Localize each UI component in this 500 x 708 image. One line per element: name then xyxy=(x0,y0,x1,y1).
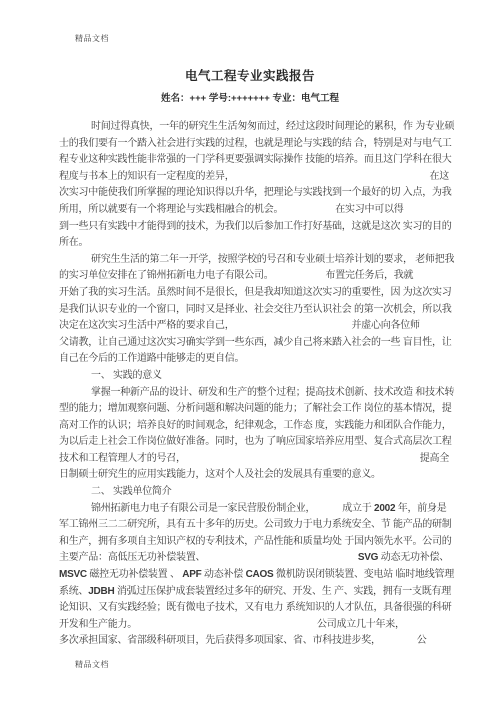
body-line: 到一些只有实践中才能得到的技术，为我们以后参加工作打好基础，这就是这次 实习的目… xyxy=(59,219,449,236)
bold-term: 2002 xyxy=(374,501,395,518)
text-segment: 一、 实践的意义 xyxy=(91,368,162,385)
text-segment: 日制硕士研究生的应用实践能力，这对个人及社会的发展具有重要的意义。 xyxy=(59,467,381,484)
body-line: 型的能力；增加观察问题、分析问题和解决问题的能力；了解社会工作 岗位的基本情况，… xyxy=(59,401,449,418)
text-segment: 论知识、又有实践经验；既有微电子技术，又有电力 系统知识的人才队伍，具备很强的科… xyxy=(59,600,452,617)
text-segment: 自己在今后的工作道路中能够走的更自信。 xyxy=(59,351,244,368)
text-segment: 父请教，让自己通过这次实习确实学到一些东西，减少自己将来踏入社会的一些 盲目性，… xyxy=(59,335,452,352)
body-line: 技术和工程管理人才的号召，提高全 xyxy=(59,451,449,468)
body-line: 多次承担国家、省部级科研项目，先后获得多项国家、省、市科技进步奖，公 xyxy=(59,633,449,650)
body-line: 系统、JDBH 消弧过压保护成套装置经过多年的研究、开发、生 产、实践，拥有一支… xyxy=(59,584,449,601)
text-segment: 型的能力；增加观察问题、分析问题和解决问题的能力；了解社会工作 岗位的基本情况，… xyxy=(59,401,452,418)
text-segment: 并虚心向各位师 xyxy=(352,318,420,335)
body-line: 高对工作的认识；培养良好的时间观念，纪律观念，工作态 度，实践能力和团队合作能力… xyxy=(59,418,449,435)
header-watermark: 精品文档 xyxy=(75,33,109,44)
text-segment: 程专业这种实践性能非常强的一门学科更要强调实际操作 技能的培养。而且这门学科在很… xyxy=(59,152,452,169)
text-segment: 主要产品：高低压无功补偿装置、 xyxy=(59,550,205,567)
body-line: 开发和生产能力。公司成立几十年来， xyxy=(59,617,449,634)
body-line: 士的我们要有一个踏入社会进行实践的过程，也就是理论与实践的结 合，特别是对与电气… xyxy=(59,136,449,153)
text-segment: 为以后走上社会工作岗位做好准备。同时，也为 了响应国家培养应用型、复合式高层次工… xyxy=(59,434,452,451)
text-segment: 次实习中能使我们所掌握的理论知识得以升华，把理论与实践找到一个最好的切 入点，为… xyxy=(59,185,452,202)
body-line: 开始了我的实习生活。虽然时间不是很长，但是我却知道这次实习的重要性，因 为这次实… xyxy=(59,285,449,302)
text-segment: 研究生生活的第二年一开学，按照学校的号召和专业硕士培养计划的要求， 老师把我 xyxy=(91,252,454,269)
text-segment: 和生产，拥有多项自主知识产权的专利技术，产品性能和质量均处 于国内领先水平。公司… xyxy=(59,534,452,551)
text-segment: 锦州拓新电力电子有限公司是一家民营股份制企业， xyxy=(91,501,315,518)
body-line: 所在。 xyxy=(59,235,449,252)
text-segment: 布置完任务后，我就 xyxy=(326,268,414,285)
body-line: MSVC 磁控无功补偿装置 、 APF 动态补偿 CAOS 微机防误闭锁装置、变… xyxy=(59,567,449,584)
body-line: 和生产，拥有多项自主知识产权的专利技术，产品性能和质量均处 于国内领先水平。公司… xyxy=(59,534,449,551)
text-segment: 提高全 xyxy=(420,451,449,468)
bold-term: SVG xyxy=(358,550,378,567)
body-line: 研究生生活的第二年一开学，按照学校的号召和专业硕士培养计划的要求， 老师把我 xyxy=(59,252,449,269)
text-segment: 开始了我的实习生活。虽然时间不是很长，但是我却知道这次实习的重要性，因 为这次实… xyxy=(59,285,452,302)
section-heading: 二、 实践单位简介 xyxy=(59,484,449,501)
text-segment: 公 xyxy=(417,633,427,650)
text-segment: 军工锦州三二二研究所，具有五十多年的历史。公司致力于电力系统安全、节 能产品的研… xyxy=(59,517,452,534)
bold-term: APF xyxy=(182,567,201,584)
text-segment: 在实习中可以得 xyxy=(335,202,403,219)
body-line: 所用，所以就要有一个将理论与实践相融合的机会。在实习中可以得 xyxy=(59,202,449,219)
byline: 姓名：+++ 学号:+++++++ 专业：电气工程 xyxy=(0,90,500,104)
footer-watermark: 精品文档 xyxy=(75,659,109,670)
document-page: 精品文档 电气工程专业实践报告 姓名：+++ 学号:+++++++ 专业：电气工… xyxy=(0,0,500,708)
bold-term: JDBH xyxy=(88,584,114,601)
text-segment: 时间过得真快，一年的研究生生活匆匆而过，经过这段时间理论的累积，作 为专业硕 xyxy=(91,119,454,136)
text-segment: 消弧过压保护成套装置经过多年的研究、开发、生 产、实践，拥有一支既有理 xyxy=(114,584,451,601)
body-line: 次实习中能使我们所掌握的理论知识得以升华，把理论与实践找到一个最好的切 入点，为… xyxy=(59,185,449,202)
body-line: 为以后走上社会工作岗位做好准备。同时，也为 了响应国家培养应用型、复合式高层次工… xyxy=(59,434,449,451)
body-line: 锦州拓新电力电子有限公司是一家民营股份制企业，成立于 2002 年，前身是 xyxy=(59,501,449,518)
page-title: 电气工程专业实践报告 xyxy=(0,66,500,84)
text-segment: 决定在这次实习生活中严格的要求自己， xyxy=(59,318,235,335)
text-segment: 所用，所以就要有一个将理论与实践相融合的机会。 xyxy=(59,202,283,219)
body-line: 是我们认识专业的一个窗口，同时又是择业、社会交往乃至认识社会 的第一次机会，所以… xyxy=(59,302,449,319)
body-line: 决定在这次实习生活中严格的要求自己，并虚心向各位师 xyxy=(59,318,449,335)
document-body: 时间过得真快，一年的研究生生活匆匆而过，经过这段时间理论的累积，作 为专业硕士的… xyxy=(59,119,449,650)
text-segment: 士的我们要有一个踏入社会进行实践的过程，也就是理论与实践的结 合，特别是对与电气… xyxy=(59,136,452,153)
body-line: 论知识、又有实践经验；既有微电子技术，又有电力 系统知识的人才队伍，具备很强的科… xyxy=(59,600,449,617)
text-segment: 程度与书本上的知识有一定程度的差异， xyxy=(59,169,235,186)
body-line: 主要产品：高低压无功补偿装置、SVG 动态无功补偿、 xyxy=(59,550,449,567)
text-segment: 二、 实践单位简介 xyxy=(91,484,172,501)
text-segment: 开发和生产能力。 xyxy=(59,617,137,634)
text-segment: 是我们认识专业的一个窗口，同时又是择业、社会交往乃至认识社会 的第一次机会，所以… xyxy=(59,302,452,319)
text-segment: 高对工作的认识；培养良好的时间观念，纪律观念，工作态 度，实践能力和团队合作能力… xyxy=(59,418,452,435)
text-segment: 到一些只有实践中才能得到的技术，为我们以后参加工作打好基础，这就是这次 实习的目… xyxy=(59,219,452,236)
body-line: 程专业这种实践性能非常强的一门学科更要强调实际操作 技能的培养。而且这门学科在很… xyxy=(59,152,449,169)
text-segment: 多次承担国家、省部级科研项目，先后获得多项国家、省、市科技进步奖， xyxy=(59,633,381,650)
text-segment: 系统、 xyxy=(59,584,88,601)
text-segment: 的实习单位安排在了锦州拓新电力电子有限公司。 xyxy=(59,268,274,285)
text-segment: 磁控无功补偿装置 、 xyxy=(87,567,182,584)
text-segment: 公司成立几十年来， xyxy=(317,617,405,634)
body-line: 掌握一种新产品的设计、研发和生产的整个过程；提高技术创新、技术改造 和技术转 xyxy=(59,385,449,402)
bold-term: CAOS xyxy=(246,567,274,584)
text-segment: 成立于 xyxy=(342,501,374,518)
body-line: 军工锦州三二二研究所，具有五十多年的历史。公司致力于电力系统安全、节 能产品的研… xyxy=(59,517,449,534)
body-line: 时间过得真快，一年的研究生生活匆匆而过，经过这段时间理论的累积，作 为专业硕 xyxy=(59,119,449,136)
body-line: 日制硕士研究生的应用实践能力，这对个人及社会的发展具有重要的意义。 xyxy=(59,467,449,484)
text-segment: 动态无功补偿、 xyxy=(378,550,449,567)
bold-term: MSVC xyxy=(59,567,87,584)
body-line: 自己在今后的工作道路中能够走的更自信。 xyxy=(59,351,449,368)
section-heading: 一、 实践的意义 xyxy=(59,368,449,385)
body-line: 程度与书本上的知识有一定程度的差异，在这 xyxy=(59,169,449,186)
text-segment: 年，前身是 xyxy=(395,501,446,518)
text-segment: 微机防误闭锁装置、变电站 临时地线管理 xyxy=(273,567,454,584)
text-segment: 动态补偿 xyxy=(202,567,246,584)
text-segment: 技术和工程管理人才的号召， xyxy=(59,451,186,468)
text-segment: 掌握一种新产品的设计、研发和生产的整个过程；提高技术创新、技术改造 和技术转 xyxy=(91,385,454,402)
text-segment: 在这 xyxy=(430,169,450,186)
body-line: 的实习单位安排在了锦州拓新电力电子有限公司。布置完任务后，我就 xyxy=(59,268,449,285)
body-line: 父请教，让自己通过这次实习确实学到一些东西，减少自己将来踏入社会的一些 盲目性，… xyxy=(59,335,449,352)
text-segment: 所在。 xyxy=(59,235,88,252)
